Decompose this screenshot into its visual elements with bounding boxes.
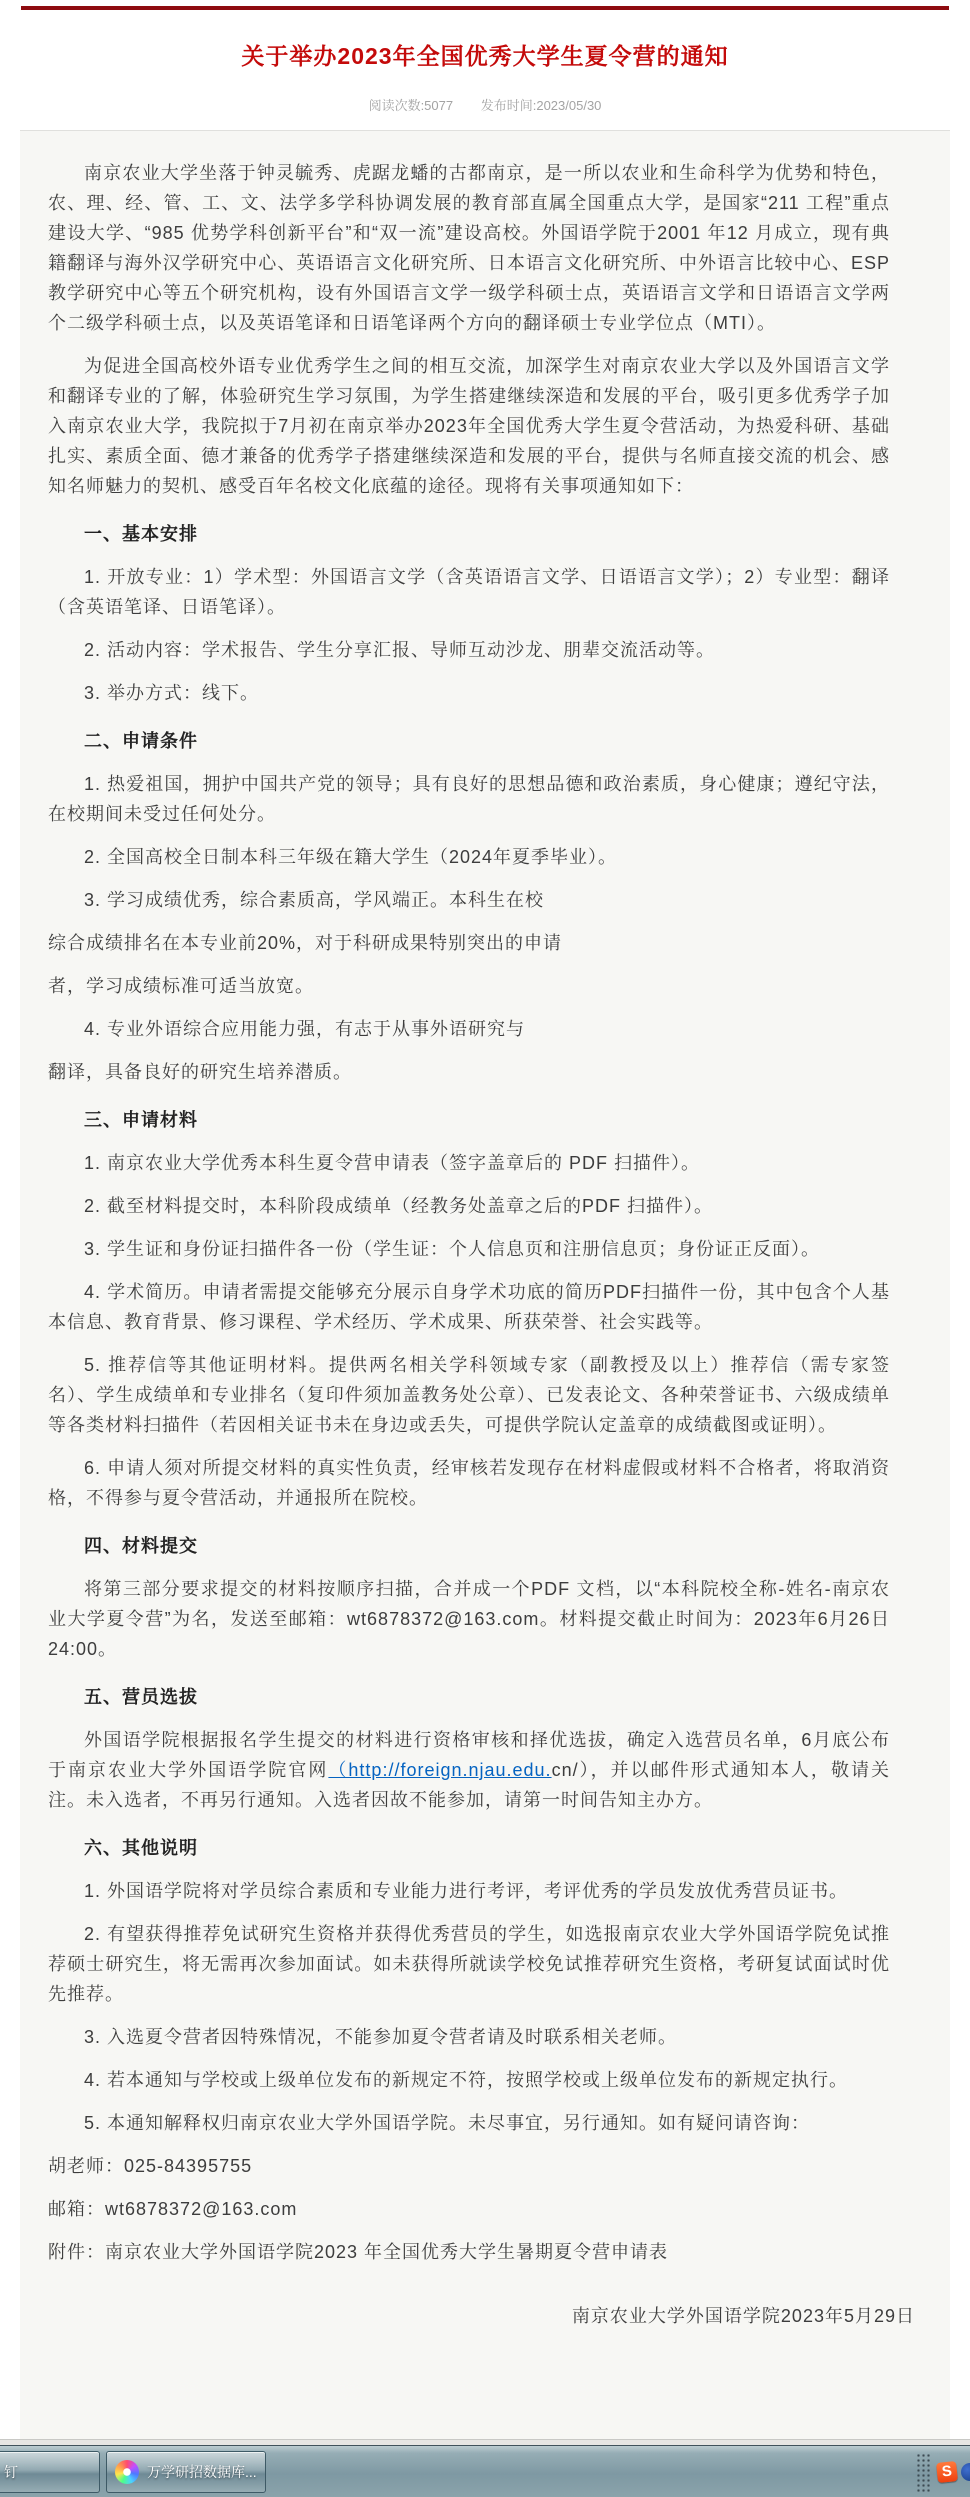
article-paragraph: 5. 推荐信等其他证明材料。提供两名相关学科领域专家（副教授及以上）推荐信（需专… bbox=[48, 1350, 890, 1440]
section-heading: 五、营员选拔 bbox=[48, 1682, 890, 1712]
article-paragraph: 1. 热爱祖国，拥护中国共产党的领导；具有良好的思想品德和政治素质，身心健康；遵… bbox=[48, 769, 890, 829]
section-heading: 三、申请材料 bbox=[48, 1105, 890, 1135]
article-paragraph: 将第三部分要求提交的材料按顺序扫描，合并成一个PDF 文档，以“本科院校全称-姓… bbox=[48, 1574, 890, 1664]
official-site-link[interactable]: （http://foreign.njau.edu. bbox=[328, 1760, 551, 1780]
page-title: 关于举办2023年全国优秀大学生夏令营的通知 bbox=[0, 38, 970, 71]
taskbar: 钉 万学研招数据库... S bbox=[0, 2445, 970, 2497]
content-area: 南京农业大学坐落于钟灵毓秀、虎踞龙蟠的古都南京，是一所以农业和生命科学为优势和特… bbox=[20, 130, 950, 2439]
article-paragraph: 翻译，具备良好的研究生培养潜质。 bbox=[48, 1057, 890, 1087]
signature-line: 南京农业大学外国语学院2023年5月29日 bbox=[20, 2280, 950, 2328]
taskbar-button-label: 万学研招数据库... bbox=[147, 2462, 257, 2482]
browser-pinwheel-icon bbox=[115, 2460, 139, 2484]
article-paragraph: 邮箱：wt6878372@163.com bbox=[48, 2194, 890, 2224]
article-paragraph: 1. 开放专业：1）学术型：外国语言文学（含英语语言文学、日语语言文学）；2）专… bbox=[48, 562, 890, 622]
section-heading: 一、基本安排 bbox=[48, 519, 890, 549]
taskbar-button-browser[interactable]: 万学研招数据库... bbox=[106, 2451, 266, 2493]
article-paragraph: 6. 申请人须对所提交材料的真实性负责，经审核若发现存在材料虚假或材料不合格者，… bbox=[48, 1453, 890, 1513]
article-paragraph: 1. 外国语学院将对学员综合素质和专业能力进行考评，考评优秀的学员发放优秀营员证… bbox=[48, 1876, 890, 1906]
article-body: 南京农业大学坐落于钟灵毓秀、虎踞龙蟠的古都南京，是一所以农业和生命科学为优势和特… bbox=[20, 131, 950, 2280]
article-paragraph: 1. 南京农业大学优秀本科生夏令营申请表（签字盖章后的 PDF 扫描件）。 bbox=[48, 1148, 890, 1178]
article-paragraph: 者，学习成绩标准可适当放宽。 bbox=[48, 971, 890, 1001]
article-paragraph: 3. 入选夏令营者因特殊情况，不能参加夏令营者请及时联系相关老师。 bbox=[48, 2022, 890, 2052]
views-count: 阅读次数:5077 bbox=[369, 98, 454, 113]
article-paragraph: 3. 学生证和身份证扫描件各一份（学生证：个人信息页和注册信息页；身份证正反面）… bbox=[48, 1234, 890, 1264]
article-paragraph: 外国语学院根据报名学生提交的材料进行资格审核和择优选拔，确定入选营员名单，6月底… bbox=[48, 1725, 890, 1815]
article-paragraph: 2. 截至材料提交时，本科阶段成绩单（经教务处盖章之后的PDF 扫描件）。 bbox=[48, 1191, 890, 1221]
article-paragraph: 2. 有望获得推荐免试研究生资格并获得优秀营员的学生，如选报南京农业大学外国语学… bbox=[48, 1919, 890, 2009]
article-paragraph: 4. 专业外语综合应用能力强，有志于从事外语研究与 bbox=[48, 1014, 890, 1044]
taskbar-button-dingtalk[interactable]: 钉 bbox=[0, 2451, 100, 2493]
article-paragraph: 5. 本通知解释权归南京农业大学外国语学院。未尽事宜，另行通知。如有疑问请咨询： bbox=[48, 2108, 890, 2138]
article-paragraph: 4. 学术简历。申请者需提交能够充分展示自身学术功底的简历PDF扫描件一份，其中… bbox=[48, 1277, 890, 1337]
system-tray: S bbox=[915, 2446, 970, 2497]
document-page: 关于举办2023年全国优秀大学生夏令营的通知 阅读次数:5077 发布时间:20… bbox=[0, 0, 970, 2439]
section-heading: 四、材料提交 bbox=[48, 1531, 890, 1561]
tray-partial-icon[interactable] bbox=[961, 2463, 970, 2481]
article-paragraph: 综合成绩排名在本专业前20%，对于科研成果特别突出的申请 bbox=[48, 928, 890, 958]
article-paragraph: 3. 举办方式：线下。 bbox=[48, 678, 890, 708]
publish-time: 发布时间:2023/05/30 bbox=[481, 98, 602, 113]
section-heading: 二、申请条件 bbox=[48, 726, 890, 756]
language-bar-grip[interactable] bbox=[915, 2452, 931, 2492]
article-paragraph: 为促进全国高校外语专业优秀学生之间的相互交流，加深学生对南京农业大学以及外国语言… bbox=[48, 351, 890, 501]
article-paragraph: 南京农业大学坐落于钟灵毓秀、虎踞龙蟠的古都南京，是一所以农业和生命科学为优势和特… bbox=[48, 158, 890, 338]
article-paragraph: 2. 全国高校全日制本科三年级在籍大学生（2024年夏季毕业）。 bbox=[48, 842, 890, 872]
taskbar-button-label: 钉 bbox=[4, 2462, 18, 2482]
article-meta: 阅读次数:5077 发布时间:2023/05/30 bbox=[0, 95, 970, 114]
article-paragraph: 2. 活动内容：学术报告、学生分享汇报、导师互动沙龙、朋辈交流活动等。 bbox=[48, 635, 890, 665]
sogou-input-icon[interactable]: S bbox=[936, 2461, 958, 2483]
article-paragraph: 附件：南京农业大学外国语学院2023 年全国优秀大学生暑期夏令营申请表 bbox=[48, 2237, 890, 2267]
top-red-rule bbox=[21, 6, 949, 10]
article-paragraph: 4. 若本通知与学校或上级单位发布的新规定不符，按照学校或上级单位发布的新规定执… bbox=[48, 2065, 890, 2095]
article-paragraph: 胡老师：025-84395755 bbox=[48, 2151, 890, 2181]
article-paragraph: 3. 学习成绩优秀，综合素质高，学风端正。本科生在校 bbox=[48, 885, 890, 915]
section-heading: 六、其他说明 bbox=[48, 1833, 890, 1863]
